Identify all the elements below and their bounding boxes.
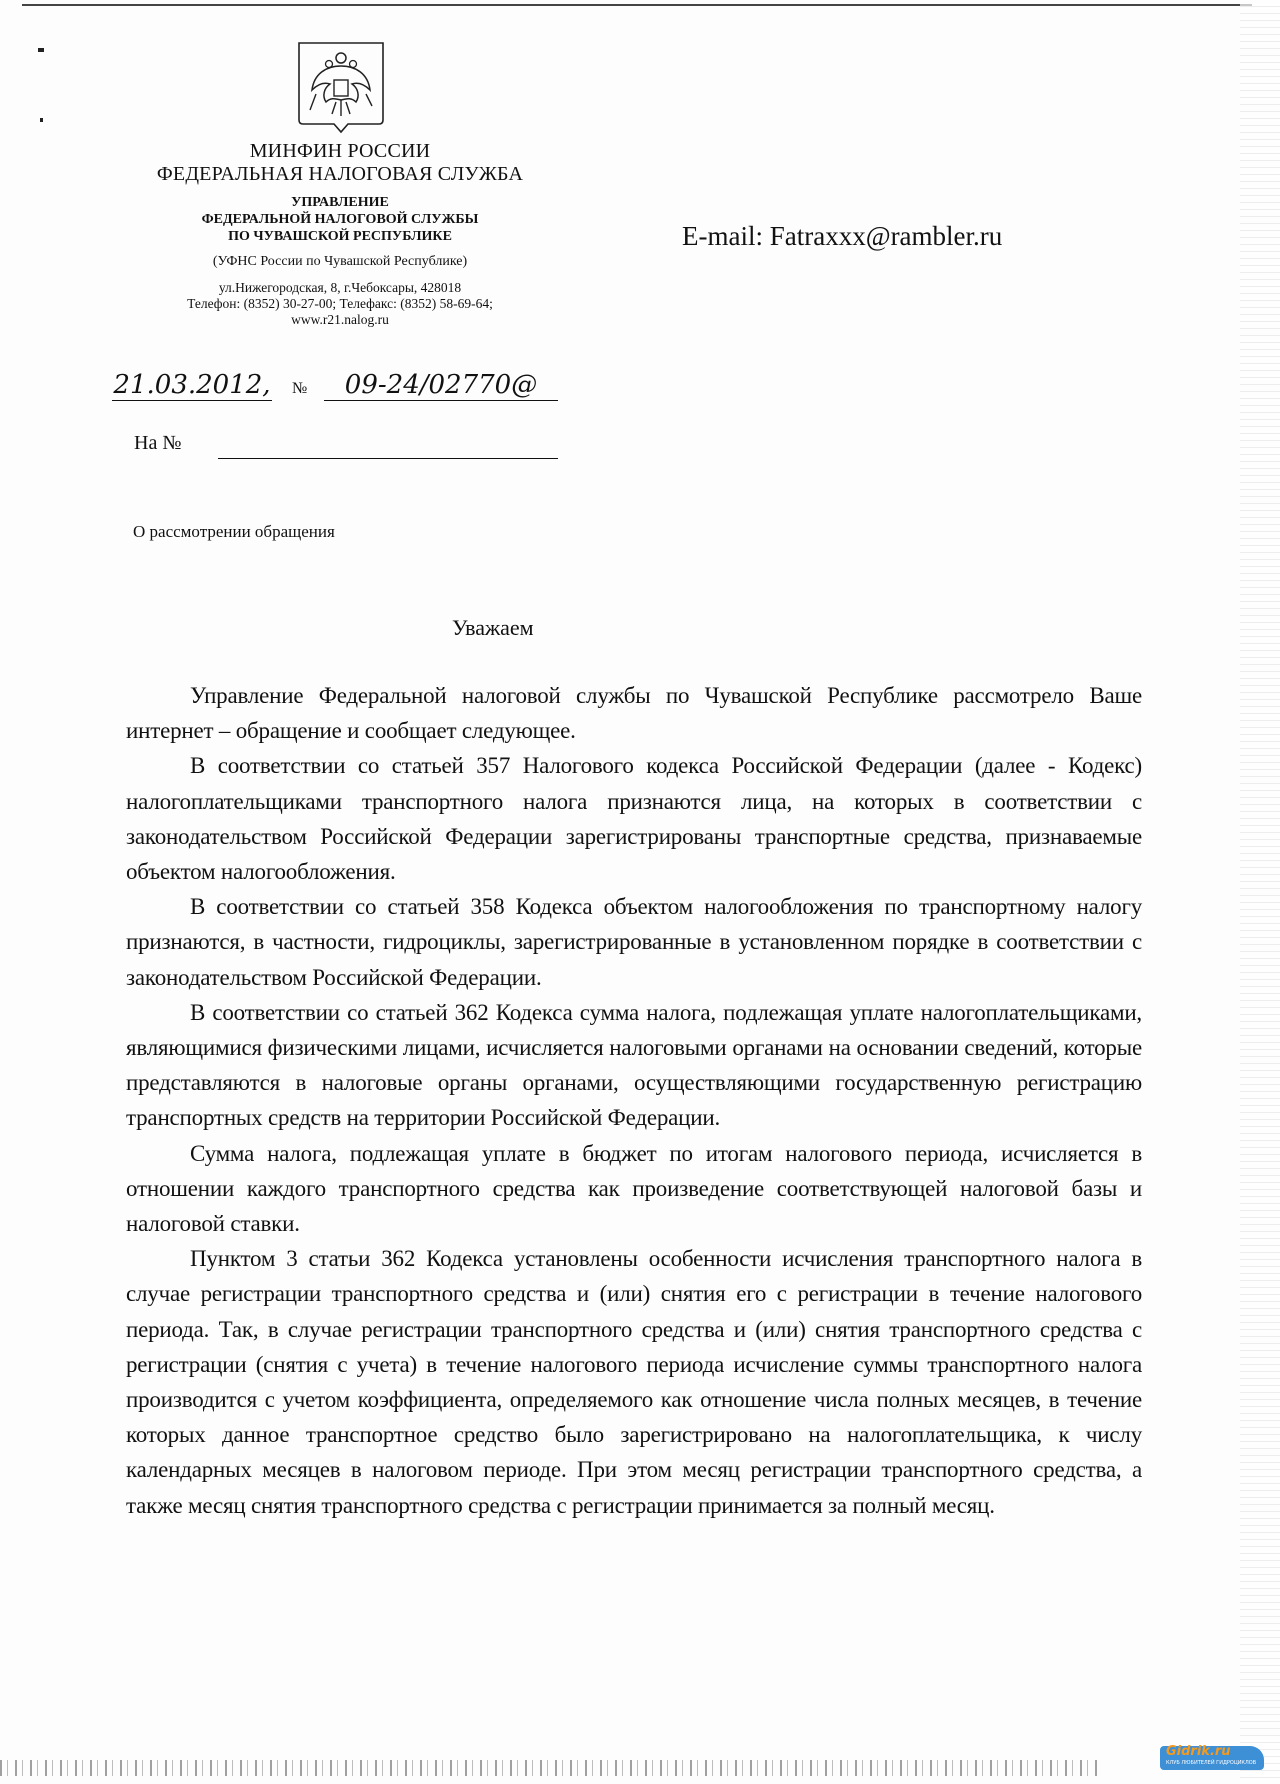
scan-barcode-strip [0,1760,1100,1776]
paragraph: В соответствии со статьей 362 Кодекса су… [126,995,1142,1136]
registration-date: 21.03.2012, [112,370,272,401]
paragraph: Пунктом 3 статьи 362 Кодекса установлены… [126,1241,1142,1523]
paragraph: Сумма налога, подлежащая уплате в бюджет… [126,1136,1142,1242]
letterhead: МИНФИН РОССИИ ФЕДЕРАЛЬНАЯ НАЛОГОВАЯ СЛУЖ… [120,140,560,328]
reference-label: На № [134,432,181,455]
department-line-2: ФЕДЕРАЛЬНОЙ НАЛОГОВОЙ СЛУЖБЫ [120,211,560,228]
scan-top-border [22,4,1252,6]
ministry-name: МИНФИН РОССИИ [120,140,560,163]
registration-line: 21.03.2012, № 09-24/02770@ [112,370,558,406]
paragraph: Управление Федеральной налоговой службы … [126,678,1142,748]
reference-blank [218,458,558,459]
site-watermark: Gidrik.ru КЛУБ ЛЮБИТЕЛЕЙ ГИДРОЦИКЛОВ [1160,1742,1272,1776]
coat-of-arms-icon [296,40,386,136]
watermark-text: Gidrik.ru [1166,1744,1231,1759]
paragraph: В соответствии со статьей 357 Налогового… [126,748,1142,889]
department-line-1: УПРАВЛЕНИЕ [120,194,560,211]
address: ул.Нижегородская, 8, г.Чебоксары, 428018 [120,280,560,296]
salutation: Уважаем [452,615,534,641]
letter-subject: О рассмотрении обращения [133,522,335,542]
scan-margin-mark [38,48,44,52]
scan-right-edge [1240,0,1280,1784]
watermark-subtext: КЛУБ ЛЮБИТЕЛЕЙ ГИДРОЦИКЛОВ [1166,1760,1256,1766]
number-label: № [292,380,307,398]
registration-number: 09-24/02770@ [324,370,558,401]
service-name: ФЕДЕРАЛЬНАЯ НАЛОГОВАЯ СЛУЖБА [120,163,560,186]
paragraph: В соответствии со статьей 358 Кодекса об… [126,889,1142,995]
department-short-name: (УФНС России по Чувашской Республике) [120,253,560,270]
department-line-3: ПО ЧУВАШСКОЙ РЕСПУБЛИКЕ [120,228,560,245]
phone-fax: Телефон: (8352) 30-27-00; Телефакс: (835… [120,296,560,312]
letter-body: Управление Федеральной налоговой службы … [126,678,1142,1523]
reference-line: На № [134,432,558,460]
recipient-email: E-mail: Fatraxxx@rambler.ru [682,221,1002,252]
website-link[interactable]: www.r21.nalog.ru [120,312,560,328]
scan-margin-mark [40,118,43,122]
